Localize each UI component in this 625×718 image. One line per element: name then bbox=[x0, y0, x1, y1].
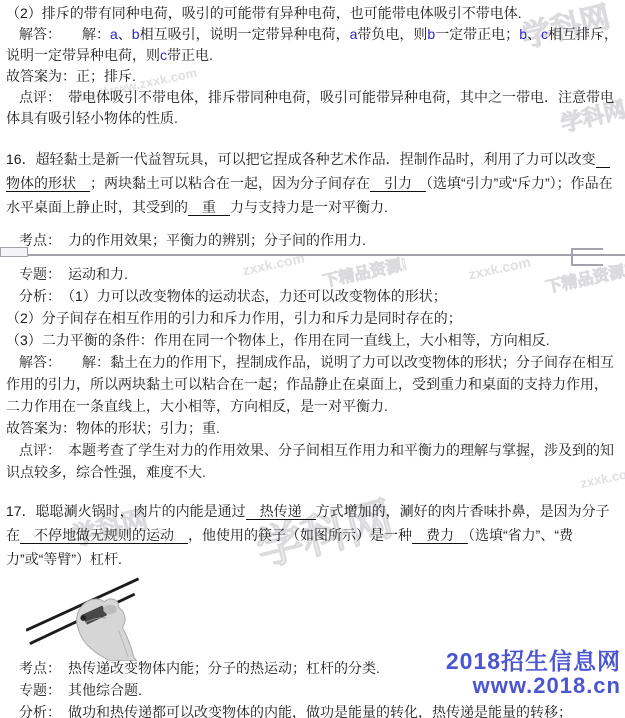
text-run: （2）分子间存在相互作用的引力和斥力作用，引力和斥力是同时存在的； bbox=[6, 310, 462, 326]
text-run: ；两块黏土可以粘合在一起，因为分子间存在 bbox=[90, 175, 370, 191]
text-run: 解答： 解：黏土在力的作用下，捏制成作品，说明了力可以改变物体的形状；分子间存在… bbox=[6, 354, 614, 414]
q16-zhuanti: 专题： 运动和力. bbox=[6, 263, 619, 285]
q16-fenxi-3: （3）二力平衡的条件：作用在同一个物体上，作用在同一直线上，大小相等，方向相反. bbox=[6, 329, 619, 351]
text-run: ，他使用的筷子（如图所示）是一种 bbox=[188, 527, 412, 543]
text-run: 力与支持力是一对平衡力. bbox=[230, 199, 388, 215]
q16-dianping: 点评： 本题考查了学生对力的作用效果、分子间相互作用力和平衡力的理解与掌握，涉及… bbox=[6, 439, 619, 483]
text-run: 故答案为：正；排斥. bbox=[6, 68, 136, 84]
page-break-left-tab bbox=[0, 247, 28, 257]
text-run: 专题： 运动和力. bbox=[19, 266, 128, 282]
answer-blank: 重 bbox=[188, 199, 230, 216]
page-break-line bbox=[0, 254, 625, 256]
q15-jieda: 解答： 解：a、b相互吸引，说明一定带异种电荷，a带负电，则b一定带正电；b、c… bbox=[6, 24, 619, 66]
q17-question: 17．聪聪涮火锅时，肉片的内能是通过 热传递 方式增加的，涮好的肉片香味扑鼻，是… bbox=[6, 499, 619, 571]
q15-sub2-statement: （2）排斥的带有同种电荷，吸引的可能带有异种电荷，也可能带电体吸引不带电体. bbox=[6, 3, 619, 24]
text-run: 带正电. bbox=[167, 47, 213, 63]
q15-final-answer: 故答案为：正；排斥. bbox=[6, 66, 619, 87]
q15-dianping: 点评： 带电体吸引不带电体，排斥带同种电荷，吸引可能带异种电荷，其中之一带电．注… bbox=[6, 87, 619, 129]
charge-letter: b bbox=[519, 26, 527, 42]
text-run: 带负电，则 bbox=[357, 26, 427, 42]
charge-letter: b bbox=[132, 26, 140, 42]
text-run: 点评： 本题考查了学生对力的作用效果、分子间相互作用力和平衡力的理解与掌握，涉及… bbox=[6, 442, 614, 480]
text-run: 分析： 做功和热传递都可以改变物体的内能，做功是能量的转化，热传递是能量的转移； bbox=[19, 704, 572, 718]
chopsticks-figure bbox=[26, 573, 619, 657]
text-run: 一定带正电； bbox=[435, 26, 519, 42]
document-body: （2）排斥的带有同种电荷，吸引的可能带有异种电荷，也可能带电体吸引不带电体. 解… bbox=[0, 0, 625, 718]
answer-blank: 费力 bbox=[412, 527, 468, 544]
site-logo-title: 2018招生信息网 bbox=[446, 648, 621, 674]
q16-question: 16．超轻黏土是新一代益智玩具，可以把它捏成各种艺术作品．捏制作品时，利用了力可… bbox=[6, 147, 619, 219]
text-run: 考点： 热传递改变物体内能；分子的热运动；杠杆的分类. bbox=[19, 660, 380, 676]
text-run: （2）排斥的带有同种电荷，吸引的可能带有异种电荷，也可能带电体吸引不带电体. bbox=[6, 5, 522, 21]
text-run: 解答： 解： bbox=[19, 26, 110, 42]
page-break-right-tab bbox=[571, 248, 603, 266]
q16-final-answer: 故答案为：物体的形状；引力；重. bbox=[6, 417, 619, 439]
text-run: 、 bbox=[118, 26, 132, 42]
text-run: 17．聪聪涮火锅时，肉片的内能是通过 bbox=[6, 503, 246, 519]
q16-fenxi-1: 分析： （1）力可以改变物体的运动状态，力还可以改变物体的形状； bbox=[6, 285, 619, 307]
charge-letter: c bbox=[541, 26, 548, 42]
text-run: 考点： 力的作用效果；平衡力的辨别；分子间的作用力. bbox=[19, 232, 366, 248]
text-run: （3）二力平衡的条件：作用在同一个物体上，作用在同一直线上，大小相等，方向相反. bbox=[6, 332, 550, 348]
q16-jieda: 解答： 解：黏土在力的作用下，捏制成作品，说明了力可以改变物体的形状；分子间存在… bbox=[6, 351, 619, 417]
answer-blank: 引力 bbox=[370, 175, 426, 192]
text-run: 故答案为：物体的形状；引力；重. bbox=[6, 420, 220, 436]
text-run: 16．超轻黏土是新一代益智玩具，可以把它捏成各种艺术作品．捏制作品时，利用了力可… bbox=[6, 151, 596, 167]
text-run: 相互吸引，说明一定带异种电荷， bbox=[140, 26, 350, 42]
charge-letter: a bbox=[110, 26, 118, 42]
text-run: 专题： 其他综合题. bbox=[19, 682, 142, 698]
q16-fenxi-2: （2）分子间存在相互作用的引力和斥力作用，引力和斥力是同时存在的； bbox=[6, 307, 619, 329]
text-run: 点评： 带电体吸引不带电体，排斥带同种电荷，吸引可能带异种电荷，其中之一带电．注… bbox=[6, 89, 614, 126]
answer-blank: 不停地做无规则的运动 bbox=[20, 527, 188, 544]
chopsticks-hand-image bbox=[26, 573, 150, 661]
site-logo-url: www.2018.cn bbox=[446, 674, 621, 698]
charge-letter: c bbox=[160, 47, 167, 63]
site-logo-stamp: 2018招生信息网 www.2018.cn bbox=[446, 648, 621, 698]
answer-blank: 热传递 bbox=[246, 503, 316, 520]
q17-fenxi: 分析： 做功和热传递都可以改变物体的内能，做功是能量的转化，热传递是能量的转移； bbox=[6, 701, 619, 718]
text-run: 分析： （1）力可以改变物体的运动状态，力还可以改变物体的形状； bbox=[19, 288, 447, 304]
text-run: 、 bbox=[527, 26, 541, 42]
q16-kaodian: 考点： 力的作用效果；平衡力的辨别；分子间的作用力. bbox=[6, 229, 619, 251]
